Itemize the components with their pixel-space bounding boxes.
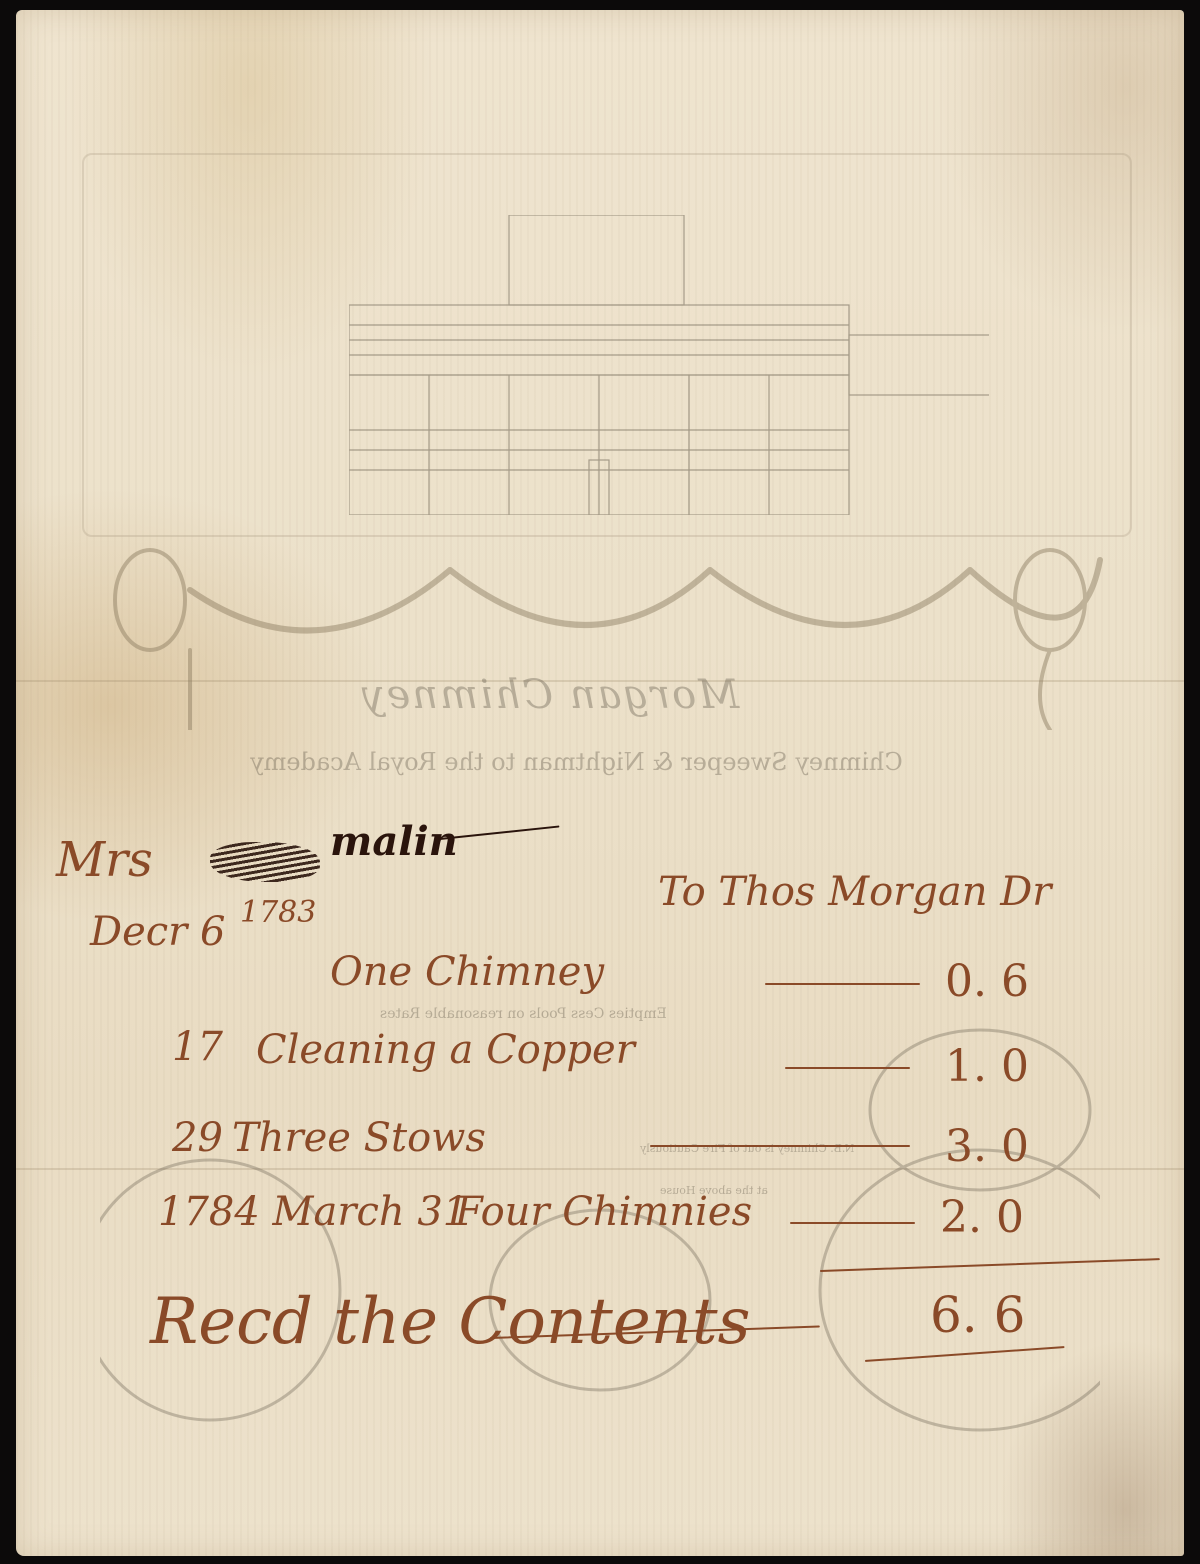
entry-amount: 0. 6 xyxy=(945,960,1029,1004)
engraved-note-showthrough: N.B. Chimney is out of Fire Cautiously xyxy=(640,1142,854,1155)
entry-description: Four Chimnies xyxy=(455,1192,752,1232)
engraved-subtitle-showthrough: Chimney Sweeper & Nightman to the Royal … xyxy=(250,748,903,776)
entry-description: Three Stows xyxy=(232,1118,486,1158)
creditor-heading: To Thos Morgan Dr xyxy=(658,872,1051,912)
date-year: 1783 xyxy=(240,898,316,928)
engraved-title-showthrough: Morgan Chimney xyxy=(360,672,739,718)
addressee-prefix: Mrs xyxy=(56,836,153,884)
entry-leader-line xyxy=(785,1067,910,1069)
entry-leader-line xyxy=(790,1222,915,1224)
entry-amount: 2. 0 xyxy=(940,1196,1024,1240)
total-amount: 6. 6 xyxy=(930,1290,1025,1340)
entry-amount: 1. 0 xyxy=(945,1045,1029,1089)
addressee-name: malin xyxy=(330,822,458,862)
building-engraving-icon xyxy=(349,215,989,515)
entry-date: 29 xyxy=(172,1118,223,1158)
entry-date: 1784 March 31 xyxy=(158,1192,468,1232)
entry-description: One Chimney xyxy=(330,952,604,992)
entry-amount: 3. 0 xyxy=(945,1125,1029,1169)
engraved-rates-showthrough: Empties Cess Pools on reasonable Rates xyxy=(380,1006,667,1022)
engraved-plate-border xyxy=(82,153,1132,537)
entry-leader-line xyxy=(765,983,920,985)
entry-leader-line xyxy=(650,1145,910,1147)
receipt-text: Recd the Contents xyxy=(150,1290,750,1354)
entry-description: Cleaning a Copper xyxy=(256,1030,635,1070)
date-month-day: Decr 6 xyxy=(90,912,225,952)
struck-out-name xyxy=(210,842,320,882)
entry-date: 17 xyxy=(172,1027,223,1067)
